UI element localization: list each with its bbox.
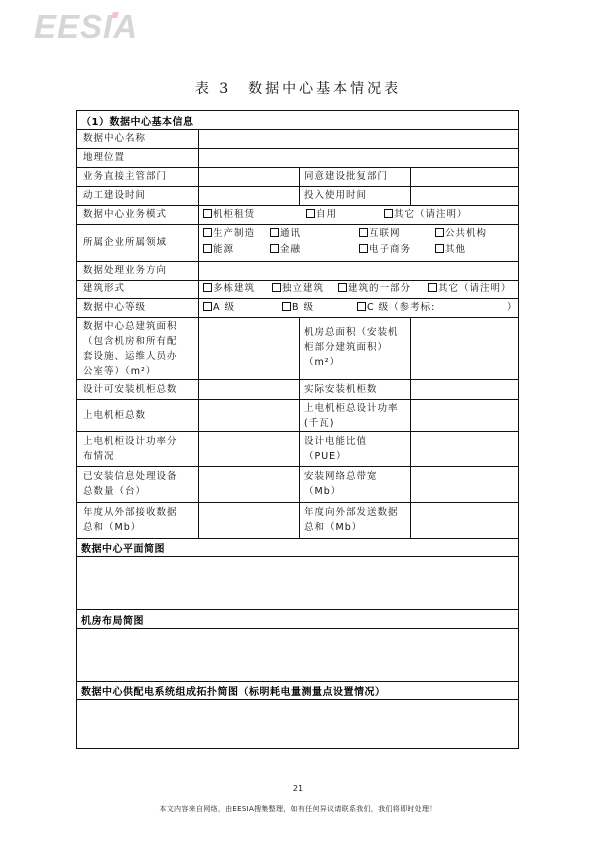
table-title: 表 3 数据中心基本情况表 xyxy=(0,78,596,98)
input-data-sent[interactable] xyxy=(414,505,514,535)
input-supervisor-dept[interactable] xyxy=(202,169,296,184)
checkbox-telecom[interactable]: 通讯 xyxy=(270,227,301,241)
row-divider xyxy=(77,298,518,299)
label-line: 上电机柜总设计功率 xyxy=(304,401,399,416)
input-rack-power-distribution[interactable] xyxy=(202,434,296,464)
label-location: 地理位置 xyxy=(83,150,125,165)
label-line: 年度向外部发送数据 xyxy=(304,505,399,520)
eesia-logo: EESIA xyxy=(34,8,138,46)
label-design-racks: 设计可安装机柜总数 xyxy=(83,382,178,397)
label-total-area: 数据中心总建筑面积 （包含机房和所有配 套设施、运维人员办 公室等）（m²） xyxy=(83,319,178,379)
checkbox-icon[interactable] xyxy=(357,302,366,311)
label-network-bandwidth: 安装网络总带宽 （Mb） xyxy=(304,469,378,499)
row-divider xyxy=(77,502,518,503)
checkbox-icon[interactable] xyxy=(272,283,281,292)
input-location[interactable] xyxy=(202,150,512,165)
input-processing-direction[interactable] xyxy=(202,263,512,278)
row-divider xyxy=(77,379,518,380)
checkbox-rack-leasing[interactable]: 机柜租赁 xyxy=(203,208,255,222)
input-dc-name[interactable] xyxy=(202,131,512,146)
col-divider xyxy=(410,317,411,538)
label-dc-level: 数据中心等级 xyxy=(83,300,146,315)
label-line: 上电机柜设计功率分 xyxy=(83,434,178,449)
label-dc-name: 数据中心名称 xyxy=(83,131,146,146)
label-business-mode: 数据中心业务模式 xyxy=(83,207,167,222)
input-actual-racks[interactable] xyxy=(414,382,514,397)
row-divider xyxy=(77,681,518,682)
datacenter-info-table: （1）数据中心基本信息 数据中心名称 地理位置 业务直接主管部门 同意建设批复部… xyxy=(76,110,519,749)
checkbox-icon[interactable] xyxy=(203,209,212,218)
input-powered-racks[interactable] xyxy=(202,402,296,429)
checkbox-icon[interactable] xyxy=(270,244,279,253)
checkbox-icon[interactable] xyxy=(359,244,368,253)
input-total-area[interactable] xyxy=(202,319,296,377)
label-line: 套设施、运维人员办 xyxy=(83,349,178,364)
room-layout-area[interactable] xyxy=(79,630,516,679)
floor-plan-area[interactable] xyxy=(79,558,516,607)
input-in-service-date[interactable] xyxy=(414,188,514,203)
label-line: （PUE） xyxy=(304,449,367,464)
label-line: （m²） xyxy=(304,355,399,370)
checkbox-level-c[interactable]: C 级（参考标: xyxy=(357,301,435,315)
checkbox-building-other[interactable]: 其它（请注明） xyxy=(428,282,512,296)
label-rack-power-distribution: 上电机柜设计功率分 布情况 xyxy=(83,434,178,464)
power-topology-area[interactable] xyxy=(79,701,516,747)
row-divider xyxy=(77,167,518,168)
section-basic-info-header: （1）数据中心基本信息 xyxy=(81,113,193,128)
checkbox-icon[interactable] xyxy=(384,209,393,218)
checkbox-icon[interactable] xyxy=(203,228,212,237)
label-line: 年度从外部接收数据 xyxy=(83,505,178,520)
label-in-service-date: 投入使用时间 xyxy=(304,188,367,203)
col-divider xyxy=(299,317,300,538)
row-divider xyxy=(77,628,518,629)
label-building-form: 建筑形式 xyxy=(83,281,125,296)
row-divider xyxy=(77,129,518,130)
col-divider xyxy=(198,129,199,538)
row-divider xyxy=(77,699,518,700)
input-installed-devices[interactable] xyxy=(202,469,296,499)
input-design-racks[interactable] xyxy=(202,382,296,397)
label-installed-devices: 已安装信息处理设备 总数量（台） xyxy=(83,469,178,499)
checkbox-level-b[interactable]: B 级 xyxy=(282,301,314,315)
row-divider xyxy=(77,431,518,432)
row-divider xyxy=(77,261,518,262)
label-line: （Mb） xyxy=(304,484,378,499)
label-line: 公室等）（m²） xyxy=(83,364,178,379)
checkbox-icon[interactable] xyxy=(435,228,444,237)
checkbox-manufacturing[interactable]: 生产制造 xyxy=(203,227,255,241)
checkbox-part-of-building[interactable]: 建筑的一部分 xyxy=(338,282,411,296)
row-divider xyxy=(77,538,518,539)
checkbox-public-institution[interactable]: 公共机构 xyxy=(435,227,487,241)
label-approval-dept: 同意建设批复部门 xyxy=(304,169,388,184)
checkbox-business-other[interactable]: 其它（请注明） xyxy=(384,208,468,222)
checkbox-icon[interactable] xyxy=(306,209,315,218)
label-line: 安装网络总带宽 xyxy=(304,469,378,484)
input-machine-room-area[interactable] xyxy=(414,319,514,377)
label-line: 总数量（台） xyxy=(83,484,178,499)
label-construction-start: 动工建设时间 xyxy=(83,188,146,203)
label-line: 设计电能比值 xyxy=(304,434,367,449)
section-room-layout-header: 机房布局简图 xyxy=(81,612,144,627)
label-line: 数据中心总建筑面积 xyxy=(83,319,178,334)
checkbox-icon[interactable] xyxy=(203,302,212,311)
checkbox-icon[interactable] xyxy=(282,302,291,311)
checkbox-icon[interactable] xyxy=(203,244,212,253)
label-powered-rack-design-power: 上电机柜总设计功率 (千瓦) xyxy=(304,401,399,431)
checkbox-finance[interactable]: 金融 xyxy=(270,243,301,257)
checkbox-ecommerce[interactable]: 电子商务 xyxy=(359,243,411,257)
row-divider xyxy=(77,317,518,318)
label-supervisor-dept: 业务直接主管部门 xyxy=(83,169,167,184)
row-divider xyxy=(77,148,518,149)
row-divider xyxy=(77,399,518,400)
input-powered-rack-design-power[interactable] xyxy=(414,402,514,429)
label-line: 总和（Mb） xyxy=(83,520,178,535)
checkbox-industry-other[interactable]: 其他 xyxy=(435,243,466,257)
label-machine-room-area: 机房总面积（安装机 柜部分建筑面积） （m²） xyxy=(304,325,399,370)
input-construction-start[interactable] xyxy=(202,188,296,203)
logo-text: EESIA xyxy=(34,8,138,45)
footer-disclaimer: 本文内容来自网络，由EESIA搜集整理，如有任何异议请联系我们，我们将即时处理！ xyxy=(0,804,596,814)
label-line: 布情况 xyxy=(83,449,178,464)
checkbox-icon[interactable] xyxy=(428,283,437,292)
input-pue[interactable] xyxy=(414,434,514,464)
label-line: 已安装信息处理设备 xyxy=(83,469,178,484)
label-line: (千瓦) xyxy=(304,416,399,431)
checkbox-icon[interactable] xyxy=(338,283,347,292)
checkbox-icon[interactable] xyxy=(270,228,279,237)
checkbox-level-a[interactable]: A 级 xyxy=(203,301,235,315)
level-c-close-paren: ） xyxy=(507,301,518,315)
page-number: 21 xyxy=(0,784,596,793)
row-divider xyxy=(77,556,518,557)
row-divider xyxy=(77,466,518,467)
checkbox-internet[interactable]: 互联网 xyxy=(359,227,401,241)
row-divider xyxy=(77,186,518,187)
section-floor-plan-header: 数据中心平面简图 xyxy=(81,540,165,555)
row-divider xyxy=(77,280,518,281)
label-powered-racks: 上电机柜总数 xyxy=(83,408,146,423)
input-network-bandwidth[interactable] xyxy=(414,469,514,499)
row-divider xyxy=(77,609,518,610)
label-actual-racks: 实际安装机柜数 xyxy=(304,382,378,397)
input-approval-dept[interactable] xyxy=(414,169,514,184)
row-divider xyxy=(77,224,518,225)
section-power-topology-header: 数据中心供配电系统组成拓扑简图（标明耗电量测量点设置情况） xyxy=(81,683,386,698)
input-data-received[interactable] xyxy=(202,505,296,535)
checkbox-icon[interactable] xyxy=(359,228,368,237)
label-data-sent: 年度向外部发送数据 总和（Mb） xyxy=(304,505,399,535)
label-processing-direction: 数据处理业务方向 xyxy=(83,263,167,278)
col-divider xyxy=(299,167,300,205)
label-pue: 设计电能比值 （PUE） xyxy=(304,434,367,464)
checkbox-standalone-building[interactable]: 独立建筑 xyxy=(272,282,324,296)
checkbox-energy[interactable]: 能源 xyxy=(203,243,234,257)
checkbox-multi-building[interactable]: 多栋建筑 xyxy=(203,282,255,296)
checkbox-self-use[interactable]: 自用 xyxy=(306,208,337,222)
label-line: （包含机房和所有配 xyxy=(83,334,178,349)
checkbox-icon[interactable] xyxy=(435,244,444,253)
label-line: 柜部分建筑面积） xyxy=(304,340,399,355)
label-line: 总和（Mb） xyxy=(304,520,399,535)
label-line: 机房总面积（安装机 xyxy=(304,325,399,340)
label-industry: 所属企业所属领域 xyxy=(83,235,167,250)
label-data-received: 年度从外部接收数据 总和（Mb） xyxy=(83,505,178,535)
col-divider xyxy=(410,167,411,205)
row-divider xyxy=(77,205,518,206)
checkbox-icon[interactable] xyxy=(203,283,212,292)
